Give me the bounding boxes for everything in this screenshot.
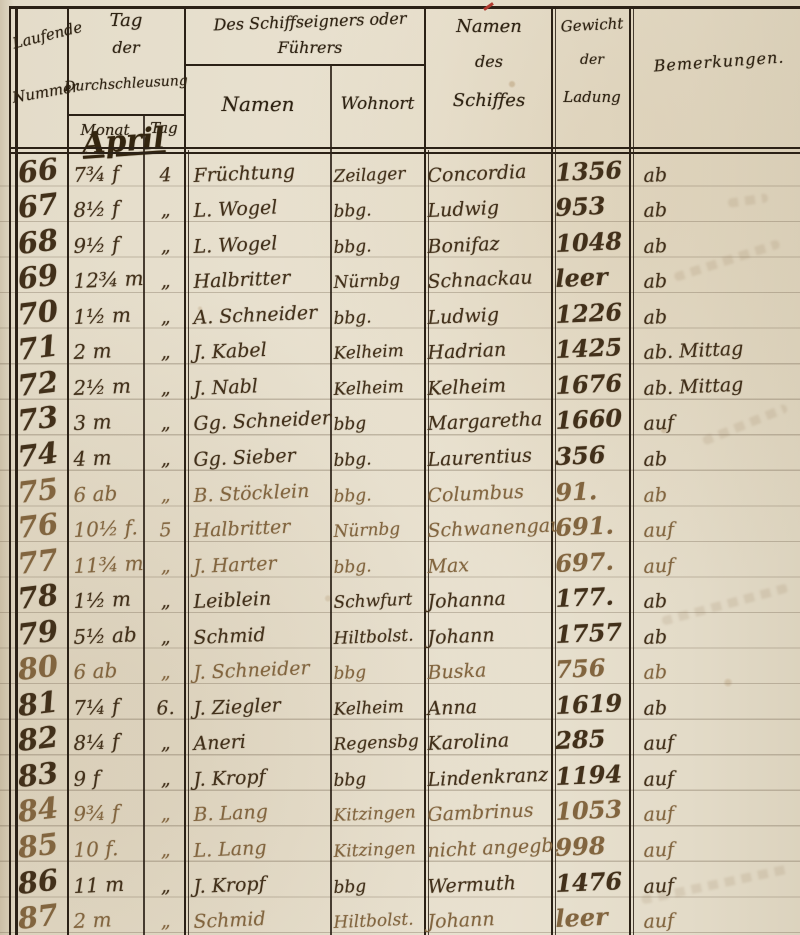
row-ship-name: Laurentius bbox=[427, 444, 554, 471]
row-residence: Hiltbolst. bbox=[333, 625, 426, 649]
row-shipper-name: J. Kropf bbox=[193, 869, 336, 897]
row-cargo-weight: 1425 bbox=[555, 332, 640, 365]
row-day: „ bbox=[147, 412, 184, 436]
row-remark: auf bbox=[643, 904, 800, 933]
row-shipper-name: J. Kabel bbox=[193, 336, 336, 364]
row-shipper-name: L. Lang bbox=[193, 834, 336, 862]
row-cargo-weight: leer bbox=[555, 261, 640, 294]
row-cargo-weight: 285 bbox=[555, 723, 640, 756]
row-lock-time: 11 m bbox=[73, 870, 154, 897]
row-residence: Kelheim bbox=[333, 696, 426, 720]
row-residence: Hiltbolst. bbox=[333, 909, 426, 933]
row-number: 70 bbox=[16, 291, 74, 331]
row-remark: ab bbox=[643, 193, 800, 222]
row-shipper-name: Schmid bbox=[193, 905, 336, 933]
row-cargo-weight: 1048 bbox=[555, 225, 640, 258]
row-residence: bbg. bbox=[333, 554, 426, 578]
row-ship-name: Anna bbox=[427, 692, 554, 719]
row-number: 84 bbox=[16, 789, 74, 829]
row-shipper-name: J. Harter bbox=[193, 549, 336, 577]
row-residence: Regensbg bbox=[333, 731, 426, 755]
row-day: „ bbox=[147, 590, 184, 614]
row-lock-time: 9½ f bbox=[73, 230, 154, 257]
row-lock-time: 9 f bbox=[73, 763, 154, 790]
table-row: 75 6 ab „ B. Stöcklein bbg. Columbus 91.… bbox=[14, 472, 800, 508]
row-remark: ab bbox=[643, 229, 800, 258]
row-shipper-name: J. Kropf bbox=[193, 763, 336, 791]
row-cargo-weight: 998 bbox=[555, 829, 640, 862]
row-ship-name: Concordia bbox=[427, 159, 554, 186]
row-remark: ab bbox=[643, 691, 800, 720]
row-lock-time: 4 m bbox=[73, 444, 154, 471]
table-row: 81 7¼ f 6. J. Ziegler Kelheim Anna 1619 … bbox=[14, 685, 800, 721]
row-day: „ bbox=[147, 732, 184, 756]
table-row: 86 11 m „ J. Kropf bbg Wermuth 1476 auf bbox=[14, 863, 800, 899]
row-lock-time: 8½ f bbox=[73, 195, 154, 222]
row-residence: Schwfurt bbox=[333, 589, 426, 613]
table-row: 78 1½ m „ Leiblein Schwfurt Johanna 177.… bbox=[14, 579, 800, 615]
table-row: 70 1½ m „ A. Schneider bbg. Ludwig 1226 … bbox=[14, 294, 800, 330]
row-residence: Kelheim bbox=[333, 376, 426, 400]
row-residence: Nürnbg bbox=[333, 518, 426, 542]
row-cargo-weight: 691. bbox=[555, 509, 640, 542]
row-residence: bbg bbox=[333, 874, 426, 898]
row-ship-name: Wermuth bbox=[427, 870, 554, 897]
row-day: „ bbox=[147, 838, 184, 862]
row-remark: auf bbox=[643, 762, 800, 791]
row-shipper-name: Halbritter bbox=[193, 514, 336, 542]
row-residence: Nürnbg bbox=[333, 269, 426, 293]
row-cargo-weight: 1619 bbox=[555, 687, 640, 720]
row-ship-name: Johann bbox=[427, 906, 554, 933]
row-ship-name: Ludwig bbox=[427, 195, 554, 222]
row-ship-name: Gambrinus bbox=[427, 799, 554, 826]
row-lock-time: 6 ab bbox=[73, 479, 154, 506]
register-rows: 66 7¾ f 4 Früchtung Zeilager Concordia 1… bbox=[0, 0, 800, 935]
row-remark: ab. Mittag bbox=[643, 371, 800, 400]
row-number: 67 bbox=[16, 185, 74, 225]
row-residence: bbg. bbox=[333, 234, 426, 258]
row-lock-time: 2 m bbox=[73, 337, 154, 364]
row-day: „ bbox=[147, 234, 184, 258]
table-row: 80 6 ab „ J. Schneider bbg Buska 756 ab bbox=[14, 650, 800, 686]
table-row: 74 4 m „ Gg. Sieber bbg. Laurentius 356 … bbox=[14, 436, 800, 472]
row-number: 75 bbox=[16, 469, 74, 509]
table-row: 82 8¼ f „ Aneri Regensbg Karolina 285 au… bbox=[14, 721, 800, 757]
row-residence: Kitzingen bbox=[333, 838, 426, 862]
row-ship-name: Karolina bbox=[427, 728, 554, 755]
row-ship-name: Margaretha bbox=[427, 408, 554, 435]
row-residence: bbg bbox=[333, 411, 426, 435]
row-number: 74 bbox=[16, 434, 74, 474]
row-shipper-name: J. Ziegler bbox=[193, 692, 336, 720]
table-row: 72 2½ m „ J. Nabl Kelheim Kelheim 1676 a… bbox=[14, 365, 800, 401]
row-number: 69 bbox=[16, 256, 74, 296]
row-remark: ab bbox=[643, 158, 800, 187]
table-row: 76 10½ f. 5 Halbritter Nürnbg Schwanenga… bbox=[14, 508, 800, 544]
row-shipper-name: L. Wogel bbox=[193, 230, 336, 258]
row-cargo-weight: 1226 bbox=[555, 296, 640, 329]
row-ship-name: nicht angegb. bbox=[427, 835, 554, 862]
row-day: „ bbox=[147, 803, 184, 827]
row-ship-name: Lindenkranz bbox=[427, 763, 554, 790]
row-lock-time: 2½ m bbox=[73, 372, 154, 399]
table-row: 66 7¾ f 4 Früchtung Zeilager Concordia 1… bbox=[14, 152, 800, 188]
row-remark: ab bbox=[643, 478, 800, 507]
header-bottom-line bbox=[9, 147, 800, 149]
row-number: 73 bbox=[16, 398, 74, 438]
row-day: „ bbox=[147, 874, 184, 898]
row-day: „ bbox=[147, 305, 184, 329]
row-day: „ bbox=[147, 554, 184, 578]
row-day: „ bbox=[147, 341, 184, 365]
row-cargo-weight: 1053 bbox=[555, 794, 640, 827]
row-number: 83 bbox=[16, 754, 74, 794]
row-lock-time: 10½ f. bbox=[73, 515, 154, 542]
row-lock-time: 6 ab bbox=[73, 657, 154, 684]
row-residence: bbg bbox=[333, 660, 426, 684]
row-residence: Kelheim bbox=[333, 340, 426, 364]
row-day: „ bbox=[147, 767, 184, 791]
row-cargo-weight: 91. bbox=[555, 474, 640, 507]
row-remark: ab bbox=[643, 584, 800, 613]
row-residence: bbg bbox=[333, 767, 426, 791]
table-row: 83 9 f „ J. Kropf bbg Lindenkranz 1194 a… bbox=[14, 756, 800, 792]
row-day: 6. bbox=[147, 696, 184, 720]
row-remark: auf bbox=[643, 869, 800, 898]
row-shipper-name: J. Schneider bbox=[193, 656, 336, 684]
row-cargo-weight: 1660 bbox=[555, 403, 640, 436]
row-remark: ab bbox=[643, 655, 800, 684]
row-cargo-weight: 1676 bbox=[555, 367, 640, 400]
row-ship-name: Ludwig bbox=[427, 301, 554, 328]
row-ship-name: Columbus bbox=[427, 479, 554, 506]
table-row: 71 2 m „ J. Kabel Kelheim Hadrian 1425 a… bbox=[14, 330, 800, 366]
row-day: 4 bbox=[147, 163, 184, 187]
row-shipper-name: Halbritter bbox=[193, 265, 336, 293]
row-remark: auf bbox=[643, 833, 800, 862]
row-remark: auf bbox=[643, 727, 800, 756]
row-number: 71 bbox=[16, 327, 74, 367]
row-cargo-weight: 1194 bbox=[555, 758, 640, 791]
row-day: „ bbox=[147, 625, 184, 649]
row-shipper-name: B. Stöcklein bbox=[193, 478, 336, 506]
row-shipper-name: Leiblein bbox=[193, 585, 336, 613]
row-remark: auf bbox=[643, 513, 800, 542]
row-number: 77 bbox=[16, 540, 74, 580]
row-day: „ bbox=[147, 661, 184, 685]
row-lock-time: 1½ m bbox=[73, 301, 154, 328]
row-remark: auf bbox=[643, 549, 800, 578]
row-lock-time: 7¾ f bbox=[73, 159, 154, 186]
row-lock-time: 12¾ m bbox=[73, 266, 154, 293]
row-cargo-weight: 1476 bbox=[555, 865, 640, 898]
register-page: Laufende Nummer Tag der Durchschleusung … bbox=[0, 0, 800, 935]
header-bottom-line bbox=[9, 152, 800, 154]
row-shipper-name: Aneri bbox=[193, 727, 336, 755]
row-shipper-name: Schmid bbox=[193, 621, 336, 649]
row-cargo-weight: 697. bbox=[555, 545, 640, 578]
row-ship-name: Johann bbox=[427, 621, 554, 648]
row-residence: bbg. bbox=[333, 198, 426, 222]
row-day: 5 bbox=[147, 519, 184, 543]
row-day: „ bbox=[147, 199, 184, 223]
table-row: 68 9½ f „ L. Wogel bbg. Bonifaz 1048 ab bbox=[14, 223, 800, 259]
row-day: „ bbox=[147, 376, 184, 400]
row-lock-time: 2 m bbox=[73, 906, 154, 933]
row-ship-name: Hadrian bbox=[427, 337, 554, 364]
row-lock-time: 8¼ f bbox=[73, 728, 154, 755]
row-ship-name: Buska bbox=[427, 657, 554, 684]
row-remark: ab bbox=[643, 264, 800, 293]
table-row: 67 8½ f „ L. Wogel bbg. Ludwig 953 ab bbox=[14, 188, 800, 224]
row-cargo-weight: 356 bbox=[555, 438, 640, 471]
row-number: 79 bbox=[16, 611, 74, 651]
row-lock-time: 7¼ f bbox=[73, 692, 154, 719]
row-cargo-weight: 1757 bbox=[555, 616, 640, 649]
row-ship-name: Bonifaz bbox=[427, 230, 554, 257]
row-lock-time: 1½ m bbox=[73, 586, 154, 613]
row-residence: bbg. bbox=[333, 483, 426, 507]
row-number: 72 bbox=[16, 363, 74, 403]
row-remark: auf bbox=[643, 407, 800, 436]
row-remark: ab. Mittag bbox=[643, 335, 800, 364]
row-number: 66 bbox=[16, 149, 74, 189]
table-row: 79 5½ ab „ Schmid Hiltbolst. Johann 1757… bbox=[14, 614, 800, 650]
row-shipper-name: L. Wogel bbox=[193, 194, 336, 222]
row-number: 76 bbox=[16, 505, 74, 545]
table-row: 84 9¾ f „ B. Lang Kitzingen Gambrinus 10… bbox=[14, 792, 800, 828]
row-day: „ bbox=[147, 270, 184, 294]
row-number: 80 bbox=[16, 647, 74, 687]
row-day: „ bbox=[147, 447, 184, 471]
row-shipper-name: Gg. Sieber bbox=[193, 443, 336, 471]
row-remark: ab bbox=[643, 620, 800, 649]
row-remark: ab bbox=[643, 300, 800, 329]
row-ship-name: Schnackau bbox=[427, 266, 554, 293]
row-number: 81 bbox=[16, 683, 74, 723]
row-ship-name: Schwanengau bbox=[427, 515, 554, 542]
table-row: 87 2 m „ Schmid Hiltbolst. Johann leer a… bbox=[14, 899, 800, 935]
row-ship-name: Kelheim bbox=[427, 372, 554, 399]
row-lock-time: 11¾ m bbox=[73, 550, 154, 577]
row-shipper-name: A. Schneider bbox=[193, 301, 336, 329]
row-number: 78 bbox=[16, 576, 74, 616]
row-lock-time: 5½ ab bbox=[73, 621, 154, 648]
table-row: 73 3 m „ Gg. Schneider bbg Margaretha 16… bbox=[14, 401, 800, 437]
table-row: 77 11¾ m „ J. Harter bbg. Max 697. auf bbox=[14, 543, 800, 579]
row-shipper-name: J. Nabl bbox=[193, 372, 336, 400]
row-lock-time: 3 m bbox=[73, 408, 154, 435]
row-number: 68 bbox=[16, 220, 74, 260]
row-residence: bbg. bbox=[333, 447, 426, 471]
row-cargo-weight: leer bbox=[555, 901, 640, 934]
row-number: 85 bbox=[16, 825, 74, 865]
row-day: „ bbox=[147, 483, 184, 507]
row-cargo-weight: 177. bbox=[555, 581, 640, 614]
row-lock-time: 10 f. bbox=[73, 835, 154, 862]
row-cargo-weight: 1356 bbox=[555, 154, 640, 187]
table-row: 85 10 f. „ L. Lang Kitzingen nicht angeg… bbox=[14, 827, 800, 863]
row-shipper-name: Früchtung bbox=[193, 158, 336, 186]
row-residence: bbg. bbox=[333, 305, 426, 329]
row-cargo-weight: 756 bbox=[555, 652, 640, 685]
row-residence: Zeilager bbox=[333, 163, 426, 187]
row-remark: auf bbox=[643, 798, 800, 827]
row-lock-time: 9¾ f bbox=[73, 799, 154, 826]
row-residence: Kitzingen bbox=[333, 802, 426, 826]
row-remark: ab bbox=[643, 442, 800, 471]
row-number: 86 bbox=[16, 860, 74, 900]
row-shipper-name: Gg. Schneider bbox=[193, 407, 336, 435]
row-day: „ bbox=[147, 910, 184, 934]
row-ship-name: Max bbox=[427, 550, 554, 577]
row-ship-name: Johanna bbox=[427, 586, 554, 613]
row-number: 82 bbox=[16, 718, 74, 758]
row-number: 87 bbox=[16, 896, 74, 935]
row-shipper-name: B. Lang bbox=[193, 798, 336, 826]
table-row: 69 12¾ m „ Halbritter Nürnbg Schnackau l… bbox=[14, 259, 800, 295]
row-cargo-weight: 953 bbox=[555, 190, 640, 223]
